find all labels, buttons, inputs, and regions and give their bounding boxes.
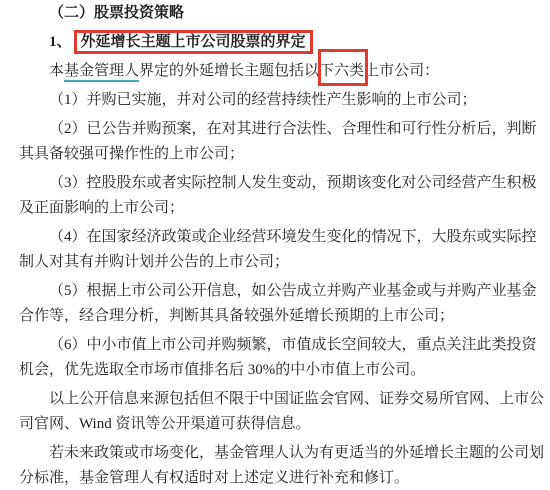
- category-2-line-1: （2）已公告并购预案，在对其进行合法性、合理性和可行性分析后，判断: [19, 117, 513, 142]
- category-1-line-1: （1）并购已实施，并对公司的经营持续性产生影响的上市公司；: [19, 88, 513, 113]
- document-content: （二）股票投资策略 1、外延增长主题上市公司股票的界定 本基金管理人界定的外延增…: [19, 0, 513, 490]
- source-note-line-1: 以上公开信息来源包括但不限于中国证监会官网、证券交易所官网、上市公: [19, 387, 513, 412]
- category-4-line-1: （4）在国家经济政策或企业经营环境发生变化的情况下，大股东或实际控: [19, 225, 513, 250]
- category-paragraph-3: （3）控股股东或者实际控制人发生变动，预期该变化对公司经营产生积极 及正面影响的…: [19, 171, 513, 221]
- intro-text-tail: 上市公司：: [364, 63, 439, 79]
- intro-text-mid: 界定的外延增长主题包括以: [139, 63, 319, 79]
- category-paragraph-5: （5）根据上市公司公开信息，如公告成立并购产业基金或与并购产业基金 合作等，经合…: [19, 279, 513, 329]
- source-note-line-2: 司官网、Wind 资讯等公开渠道可获得信息。: [19, 412, 513, 437]
- item-heading-red-box: 外延增长主题上市公司股票的界定: [74, 30, 313, 54]
- category-6-line-2: 机会，优先选取全市场市值排名后 30%的中小市值上市公司。: [19, 358, 513, 383]
- section-heading-paragraph: （二）股票投资策略: [19, 1, 513, 26]
- category-5-line-1: （5）根据上市公司公开信息，如公告成立并购产业基金或与并购产业基金: [19, 279, 513, 304]
- section-heading: （二）股票投资策略: [19, 1, 513, 26]
- category-paragraph-1: （1）并购已实施，并对公司的经营持续性产生影响的上市公司；: [19, 88, 513, 113]
- category-paragraph-6: （6）中小市值上市公司并购频繁，市值成长空间较大，重点关注此类投资 机会，优先选…: [19, 333, 513, 383]
- category-paragraph-2: （2）已公告并购预案，在对其进行合法性、合理性和可行性分析后，判断 其具备较强可…: [19, 117, 513, 167]
- intro-line: 本基金管理人界定的外延增长主题包括以下六类上市公司：: [19, 59, 513, 84]
- category-3-line-1: （3）控股股东或者实际控制人发生变动，预期该变化对公司经营产生积极: [19, 171, 513, 196]
- revision-note-line-2: 分标准，基金管理人有权适时对上述定义进行补充和修订。: [19, 466, 513, 490]
- item-number: 1、: [49, 34, 72, 50]
- category-5-line-2: 合作等，经合理分析，判断其具备较强外延增长预期的上市公司；: [19, 304, 513, 329]
- category-2-line-2: 其具备较强可操作性的上市公司；: [19, 142, 513, 167]
- item-heading-paragraph: 1、外延增长主题上市公司股票的界定: [19, 30, 513, 55]
- category-6-line-1: （6）中小市值上市公司并购频繁，市值成长空间较大，重点关注此类投资: [19, 333, 513, 358]
- annotated-term: 下六类: [319, 63, 364, 79]
- category-paragraph-4: （4）在国家经济政策或企业经营环境发生变化的情况下，大股东或实际控 制人对其有并…: [19, 225, 513, 275]
- term-fund-manager: 基金管理人: [64, 63, 139, 82]
- intro-text-pre: 本: [49, 63, 64, 79]
- category-4-line-2: 制人对其有并购计划并公告的上市公司；: [19, 250, 513, 275]
- revision-note-paragraph: 若未来政策或市场变化，基金管理人认为有更适当的外延增长主题的公司划 分标准，基金…: [19, 441, 513, 490]
- item-heading-line: 1、外延增长主题上市公司股票的界定: [19, 30, 513, 55]
- intro-paragraph: 本基金管理人界定的外延增长主题包括以下六类上市公司：: [19, 59, 513, 84]
- category-3-line-2: 及正面影响的上市公司；: [19, 196, 513, 221]
- revision-note-line-1: 若未来政策或市场变化，基金管理人认为有更适当的外延增长主题的公司划: [19, 441, 513, 466]
- source-note-paragraph: 以上公开信息来源包括但不限于中国证监会官网、证券交易所官网、上市公 司官网、Wi…: [19, 387, 513, 437]
- document-page: （二）股票投资策略 1、外延增长主题上市公司股票的界定 本基金管理人界定的外延增…: [0, 0, 550, 490]
- term-six-categories: 下六类: [319, 63, 364, 79]
